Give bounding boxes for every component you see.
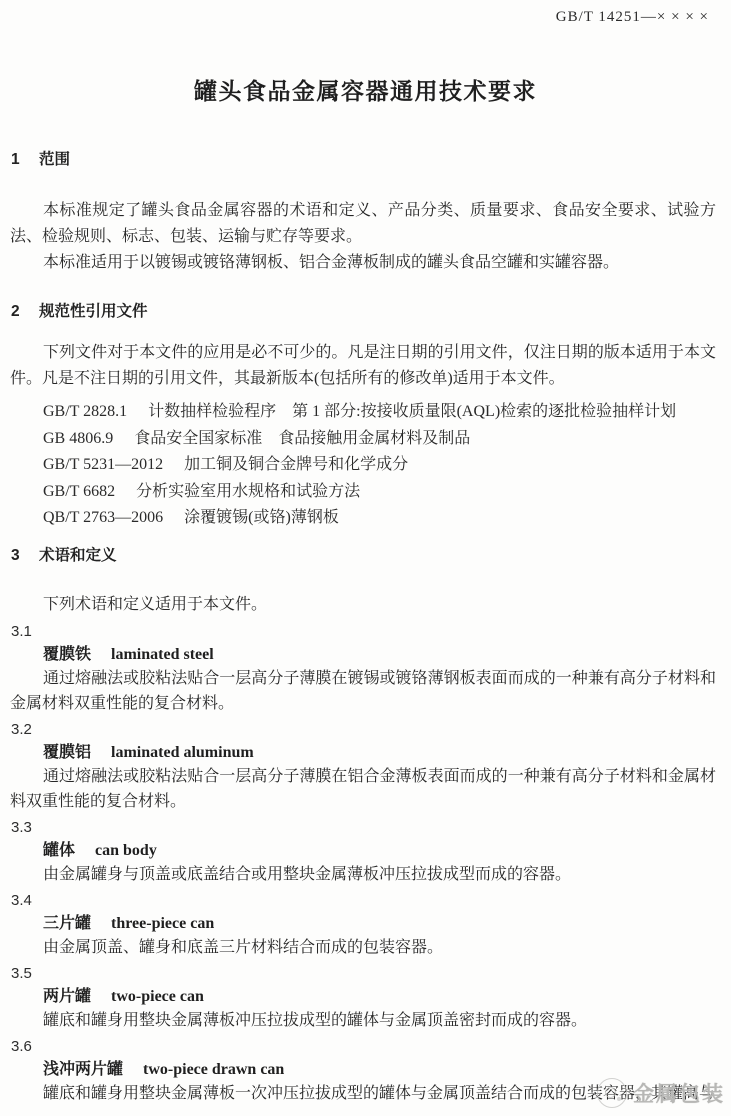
reference-item: GB/T 6682 分析实验室用水规格和试验方法 — [0, 479, 731, 506]
term-name-en: laminated aluminum — [111, 744, 254, 761]
document-number: GB/T 14251—× × × × — [0, 0, 731, 26]
section-title: 规范性引用文件 — [39, 302, 148, 322]
reference-code: GB/T 6682 — [43, 479, 115, 506]
term-item: 3.4 三片罐 three-piece can 由金属顶盖、罐身和底盖三片材料结… — [0, 889, 731, 960]
references-intro: 下列文件对于本文件的应用是必不可少的。凡是注日期的引用文件，仅注日期的版本适用于… — [0, 340, 731, 392]
section-title: 范围 — [39, 150, 70, 170]
term-definition: 通过熔融法或胶粘法贴合一层高分子薄膜在镀锡或镀铬薄钢板表面而成的一种兼有高分子材… — [0, 666, 731, 716]
term-definition: 由金属罐身与顶盖或底盖结合或用整块金属薄板冲压拉拔成型而成的容器。 — [0, 862, 731, 887]
term-number: 3.4 — [0, 889, 731, 912]
section-title: 术语和定义 — [39, 546, 117, 566]
term-name-en: laminated steel — [111, 646, 214, 663]
term-item: 3.5 两片罐 two-piece can 罐底和罐身用整块金属薄板冲压拉拔成型… — [0, 962, 731, 1033]
section-number: 1 — [11, 150, 20, 170]
term-definition: 罐底和罐身用整块金属薄板冲压拉拔成型的罐体与金属顶盖密封而成的容器。 — [0, 1008, 731, 1033]
reference-list: GB/T 2828.1 计数抽样检验程序 第 1 部分:按接收质量限(AQL)检… — [0, 399, 731, 532]
reference-item: QB/T 2763—2006 涂覆镀锡(或铬)薄钢板 — [0, 505, 731, 532]
terms-intro: 下列术语和定义适用于本文件。 — [0, 592, 731, 618]
term-number: 3.3 — [0, 816, 731, 839]
section-heading-terms-definitions: 3 术语和定义 — [0, 546, 731, 566]
reference-title: 食品安全国家标准 食品接触用金属材料及制品 — [134, 426, 470, 453]
term-name-zh: 三片罐 — [43, 915, 91, 932]
standard-document-page: GB/T 14251—× × × × 罐头食品金属容器通用技术要求 1 范围 本… — [0, 0, 731, 1116]
reference-title: 涂覆镀锡(或铬)薄钢板 — [184, 505, 339, 532]
reference-code: GB/T 2828.1 — [43, 399, 127, 426]
term-definition: 由金属顶盖、罐身和底盖三片材料结合而成的包装容器。 — [0, 935, 731, 960]
reference-title: 计数抽样检验程序 第 1 部分:按接收质量限(AQL)检索的逐批检验抽样计划 — [148, 399, 676, 426]
term-name: 覆膜铝 laminated aluminum — [0, 741, 731, 764]
section-heading-normative-references: 2 规范性引用文件 — [0, 302, 731, 322]
reference-title: 加工铜及铜合金牌号和化学成分 — [184, 452, 408, 479]
term-item: 3.1 覆膜铁 laminated steel 通过熔融法或胶粘法贴合一层高分子… — [0, 620, 731, 716]
reference-title: 分析实验室用水规格和试验方法 — [136, 479, 360, 506]
term-number: 3.6 — [0, 1035, 731, 1058]
reference-code: QB/T 2763—2006 — [43, 505, 163, 532]
scope-paragraph-2: 本标准适用于以镀锡或镀铬薄钢板、铝合金薄板制成的罐头食品空罐和实罐容器。 — [0, 250, 731, 276]
term-name: 浅冲两片罐 two-piece drawn can — [0, 1058, 731, 1081]
term-item: 3.3 罐体 can body 由金属罐身与顶盖或底盖结合或用整块金属薄板冲压拉… — [0, 816, 731, 887]
reference-item: GB/T 5231—2012 加工铜及铜合金牌号和化学成分 — [0, 452, 731, 479]
document-title: 罐头食品金属容器通用技术要求 — [0, 76, 731, 106]
section-number: 3 — [11, 546, 20, 566]
term-item: 3.6 浅冲两片罐 two-piece drawn can 罐底和罐身用整块金属… — [0, 1035, 731, 1106]
term-name-en: two-piece can — [111, 988, 204, 1005]
reference-item: GB 4806.9 食品安全国家标准 食品接触用金属材料及制品 — [0, 426, 731, 453]
reference-code: GB 4806.9 — [43, 426, 113, 453]
term-name: 罐体 can body — [0, 839, 731, 862]
term-name-zh: 两片罐 — [43, 988, 91, 1005]
term-name-zh: 浅冲两片罐 — [43, 1061, 123, 1078]
term-name-en: can body — [95, 842, 157, 859]
term-number: 3.5 — [0, 962, 731, 985]
term-name-zh: 覆膜铁 — [43, 646, 91, 663]
term-number: 3.2 — [0, 718, 731, 741]
term-name: 覆膜铁 laminated steel — [0, 643, 731, 666]
term-name-en: three-piece can — [111, 915, 214, 932]
scope-paragraph-1: 本标准规定了罐头食品金属容器的术语和定义、产品分类、质量要求、食品安全要求、试验… — [0, 198, 731, 250]
term-name-en: two-piece drawn can — [143, 1061, 284, 1078]
term-definition: 通过熔融法或胶粘法贴合一层高分子薄膜在铝合金薄板表面而成的一种兼有高分子材料和金… — [0, 764, 731, 814]
reference-code: GB/T 5231—2012 — [43, 452, 163, 479]
section-heading-scope: 1 范围 — [0, 150, 731, 170]
term-number: 3.1 — [0, 620, 731, 643]
term-name-zh: 罐体 — [43, 842, 75, 859]
term-item: 3.2 覆膜铝 laminated aluminum 通过熔融法或胶粘法贴合一层… — [0, 718, 731, 814]
term-name: 两片罐 two-piece can — [0, 985, 731, 1008]
section-number: 2 — [11, 302, 20, 322]
term-name: 三片罐 three-piece can — [0, 912, 731, 935]
term-name-zh: 覆膜铝 — [43, 744, 91, 761]
reference-item: GB/T 2828.1 计数抽样检验程序 第 1 部分:按接收质量限(AQL)检… — [0, 399, 731, 426]
term-definition: 罐底和罐身用整块金属薄板一次冲压拉拔成型的罐体与金属顶盖结合而成的包装容器，其罐… — [0, 1081, 731, 1106]
